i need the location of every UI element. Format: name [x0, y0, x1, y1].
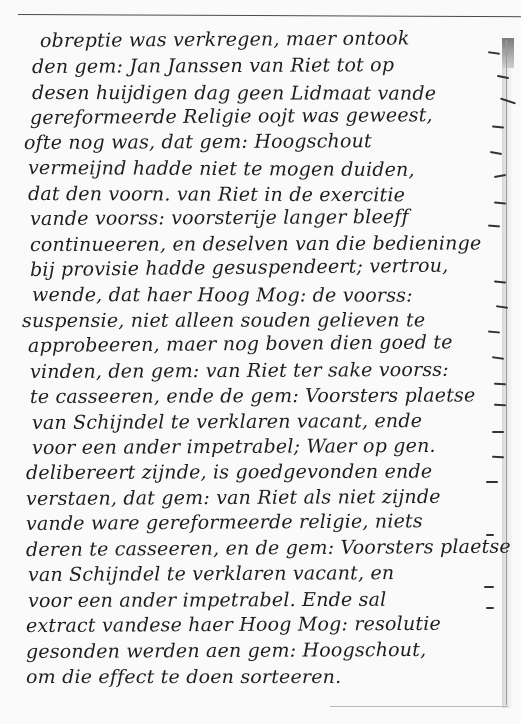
- margin-tick: [490, 151, 502, 155]
- margin-tick: [488, 51, 500, 55]
- manuscript-line: bij provisie hadde gesuspendeert; vertro…: [30, 255, 449, 281]
- manuscript-line: vande ware gereformeerde religie, niets: [26, 510, 423, 535]
- manuscript-line: voor een ander impetrabel; Waer op gen.: [32, 435, 436, 459]
- scanned-page: obreptie was verkregen, maer ontook den …: [0, 0, 521, 724]
- margin-tick: [486, 481, 498, 483]
- manuscript-line: van Schijndel te verklaren vacant, ende: [32, 410, 422, 434]
- manuscript-line: gesonden werden aen gem: Hoogschout,: [26, 639, 426, 663]
- top-border-line: [18, 14, 521, 17]
- page-edge-shadow: [502, 38, 514, 68]
- manuscript-line: den gem: Jan Janssen van Riet tot op: [32, 54, 394, 78]
- margin-tick: [494, 201, 506, 204]
- manuscript-line: suspensie, niet alleen souden gelieven t…: [22, 309, 425, 332]
- manuscript-line: vermeijnd hadde niet te mogen duiden,: [28, 157, 415, 181]
- manuscript-line: continueeren, en deselven van die bedien…: [30, 232, 481, 256]
- margin-tick: [494, 404, 506, 407]
- manuscript-line: gereformeerde Religie oojt was geweest,: [30, 104, 433, 129]
- manuscript-line: van Schijndel te verklaren vacant, en: [28, 562, 394, 586]
- margin-tick: [494, 280, 506, 283]
- margin-tick: [488, 225, 500, 228]
- page-edge-right: [502, 38, 512, 708]
- margin-tick: [492, 125, 504, 128]
- margin-tick: [492, 456, 504, 459]
- manuscript-line: delibereert zijnde, is goedgevonden ende: [26, 461, 432, 484]
- manuscript-line: voor een ander impetrabel. Ende sal: [28, 589, 386, 612]
- manuscript-line: dat den voorn. van Riet in de exercitie: [28, 183, 405, 206]
- margin-tick: [486, 607, 494, 609]
- manuscript-line: wende, dat haer Hoog Mog: de voorss:: [32, 284, 413, 307]
- manuscript-line: obreptie was verkregen, maer ontook: [40, 27, 410, 52]
- manuscript-line: vinden, den gem: van Riet ter sake voors…: [30, 359, 449, 383]
- manuscript-line: verstaen, dat gem: van Riet als niet zij…: [26, 486, 441, 510]
- margin-tick: [492, 356, 504, 360]
- manuscript-line: extract vandese haer Hoog Mog: resolutie: [26, 613, 441, 637]
- manuscript-line: om die effect te doen sorteeren.: [26, 666, 341, 688]
- margin-tick: [494, 383, 506, 386]
- margin-tick: [492, 431, 504, 433]
- page-edge-line: [506, 40, 507, 705]
- margin-tick: [484, 586, 494, 588]
- manuscript-line: te casseeren, ende de gem: Voorsters pla…: [30, 384, 476, 408]
- manuscript-line: approbeeren, maer nog boven dien goed te: [28, 331, 453, 357]
- manuscript-line: desen huijdigen dag geen Lidmaat vande: [32, 82, 436, 105]
- margin-tick: [488, 330, 500, 333]
- page-bottom-edge: [330, 706, 508, 707]
- manuscript-line: ofte nog was, dat gem: Hoogschout: [24, 130, 372, 154]
- manuscript-line: deren te casseeren, en de gem: Voorsters…: [26, 536, 511, 561]
- manuscript-line: vande voorss: voorsterije langer bleeff: [30, 206, 409, 230]
